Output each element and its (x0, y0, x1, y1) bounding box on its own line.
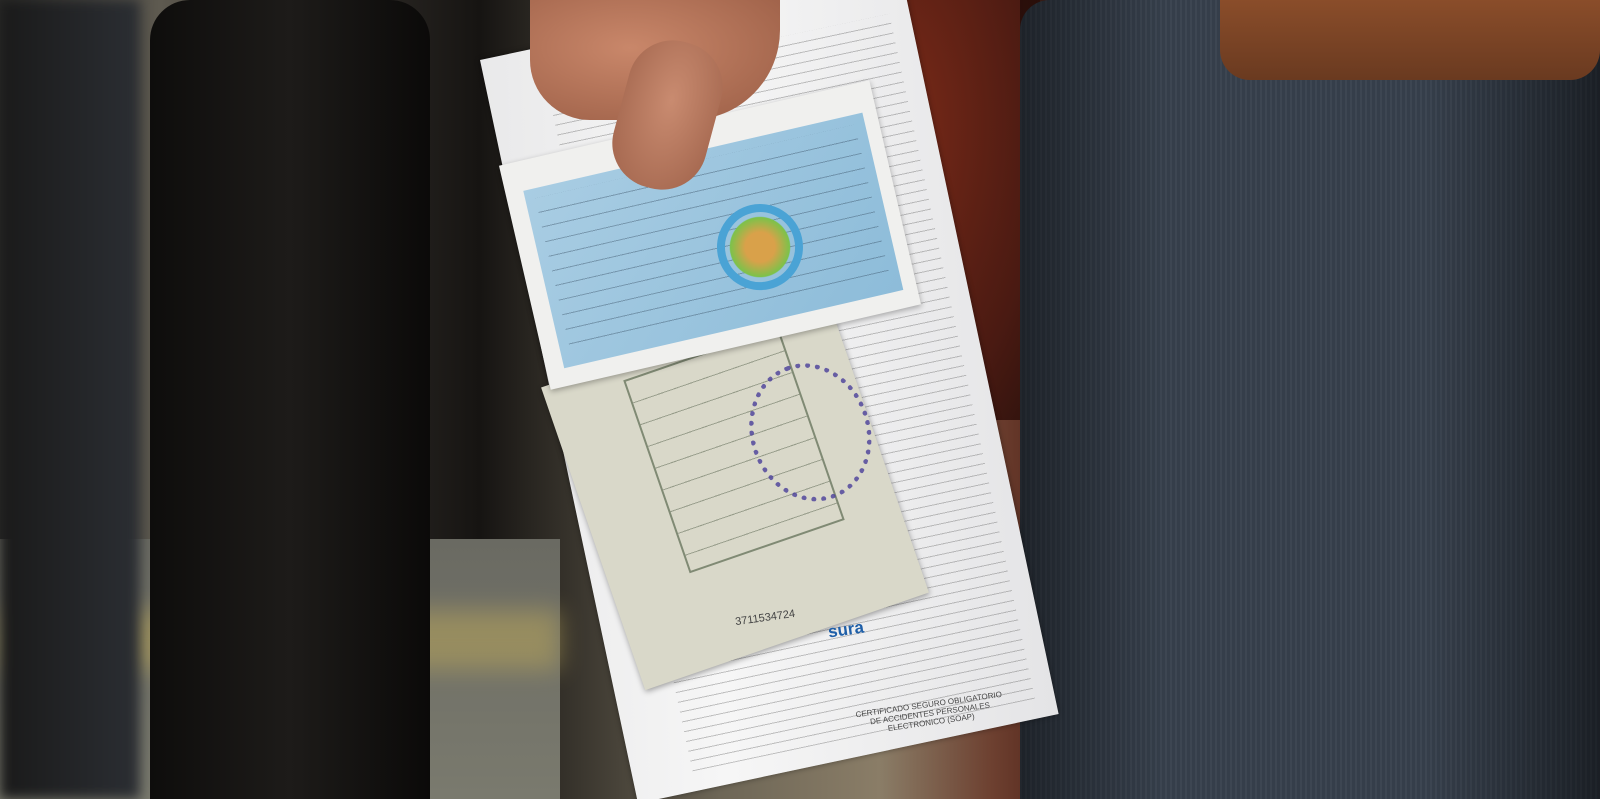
permit-text-lines (535, 125, 891, 357)
blurred-person (0, 0, 140, 799)
dark-trouser-leg (150, 0, 430, 799)
leather-belt (1220, 0, 1600, 80)
jeans-shading (1020, 0, 1600, 799)
